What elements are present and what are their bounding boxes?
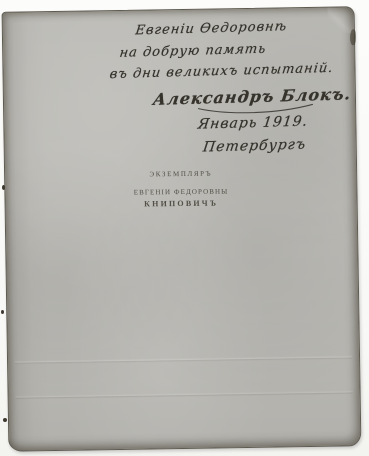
paper-crease	[15, 355, 352, 364]
handwritten-inscription: Евгеніи Ѳедоровнѣ на добрую память въ дн…	[0, 0, 369, 185]
scan-background: { "page": { "description": "book-flyleaf…	[0, 0, 369, 456]
inscription-place: Петербургъ	[202, 137, 307, 156]
printed-label-owner-name: ЕВГЕНІИ ФЕДОРОВНЫ	[81, 187, 281, 197]
scan-speck	[2, 185, 5, 190]
printed-label-copy-word: ЭКЗЕМПЛЯРЪ	[81, 169, 281, 179]
printed-ownership-label: ЭКЗЕМПЛЯРЪ ЕВГЕНІИ ФЕДОРОВНЫ КНИПОВИЧЪ	[81, 169, 281, 209]
inscription-line-trials: въ дни великихъ испытаній.	[109, 61, 335, 82]
inscription-line-dedicatee: Евгеніи Ѳедоровнѣ	[134, 19, 288, 38]
paper-crease	[16, 390, 353, 399]
scan-speck	[1, 310, 4, 314]
inscription-line-memory: на добрую память	[119, 42, 268, 61]
inscription-date: Январь 1919.	[197, 114, 309, 133]
scan-speck	[3, 418, 7, 422]
